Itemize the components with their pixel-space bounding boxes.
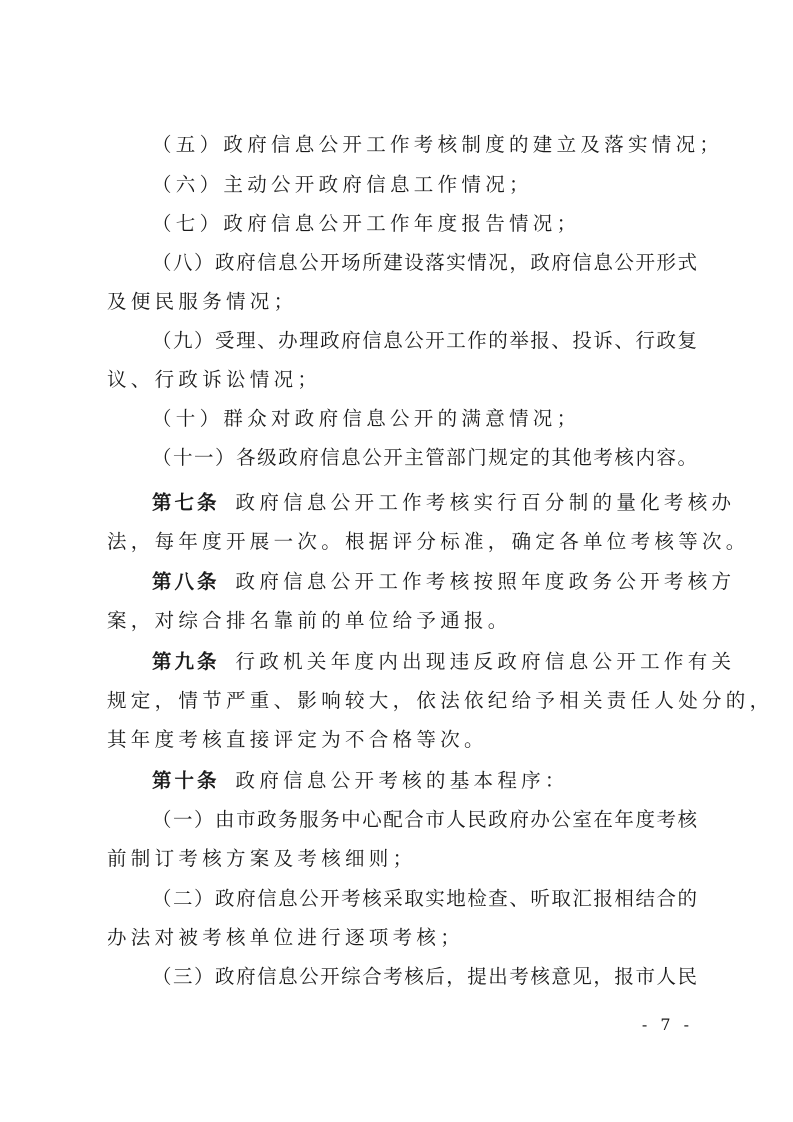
article-9-line1: 第九条行政机关年度内出现违反政府信息公开工作有关	[152, 647, 697, 677]
document-page: （五）政府信息公开工作考核制度的建立及落实情况； （六）主动公开政府信息工作情况…	[0, 0, 793, 1122]
procedure-1-line1: （一）由市政务服务中心配合市人民政府办公室在年度考核	[152, 805, 697, 835]
article-9-line2: 规定，情节严重、影响较大，依法依纪给予相关责任人处分的，	[107, 686, 697, 716]
page-number: - 7 -	[642, 1014, 693, 1036]
article-9-line3: 其年度考核直接评定为不合格等次。	[107, 725, 697, 755]
article-8-line2: 案，对综合排名靠前的单位给予通报。	[107, 606, 697, 636]
procedure-1-line2: 前制订考核方案及考核细则；	[107, 844, 697, 874]
procedure-2-line2: 办法对被考核单位进行逐项考核；	[107, 923, 697, 953]
article-8-line1: 第八条政府信息公开工作考核按照年度政务公开考核方	[152, 567, 697, 597]
article-7-heading: 第七条	[152, 491, 220, 514]
article-10-line1: 第十条政府信息公开考核的基本程序：	[152, 766, 697, 796]
procedure-2-line1: （二）政府信息公开考核采取实地检查、听取汇报相结合的	[152, 884, 697, 914]
article-8-text: 政府信息公开工作考核按照年度政务公开考核方	[236, 570, 736, 593]
list-item-6: （六）主动公开政府信息工作情况；	[152, 170, 697, 200]
list-item-7: （七）政府信息公开工作年度报告情况；	[152, 209, 697, 239]
article-10-text: 政府信息公开考核的基本程序：	[236, 769, 569, 792]
list-item-8-line1: （八）政府信息公开场所建设落实情况，政府信息公开形式	[152, 248, 697, 278]
list-item-5: （五）政府信息公开工作考核制度的建立及落实情况；	[152, 130, 697, 160]
list-item-9-line2: 议、行政诉讼情况；	[107, 365, 697, 395]
article-9-heading: 第九条	[152, 650, 220, 673]
article-7-text: 政府信息公开工作考核实行百分制的量化考核办	[236, 491, 736, 514]
list-item-8-line2: 及便民服务情况；	[107, 287, 697, 317]
article-7-line2: 法，每年度开展一次。根据评分标准，确定各单位考核等次。	[107, 527, 697, 557]
list-item-11: （十一）各级政府信息公开主管部门规定的其他考核内容。	[152, 443, 697, 473]
article-8-heading: 第八条	[152, 570, 220, 593]
list-item-10: （十）群众对政府信息公开的满意情况；	[152, 404, 697, 434]
article-9-text: 行政机关年度内出现违反政府信息公开工作有关	[236, 650, 736, 673]
article-10-heading: 第十条	[152, 769, 220, 792]
list-item-9-line1: （九）受理、办理政府信息公开工作的举报、投诉、行政复	[152, 326, 697, 356]
article-7-line1: 第七条政府信息公开工作考核实行百分制的量化考核办	[152, 488, 697, 518]
procedure-3-line1: （三）政府信息公开综合考核后，提出考核意见，报市人民	[152, 962, 697, 992]
